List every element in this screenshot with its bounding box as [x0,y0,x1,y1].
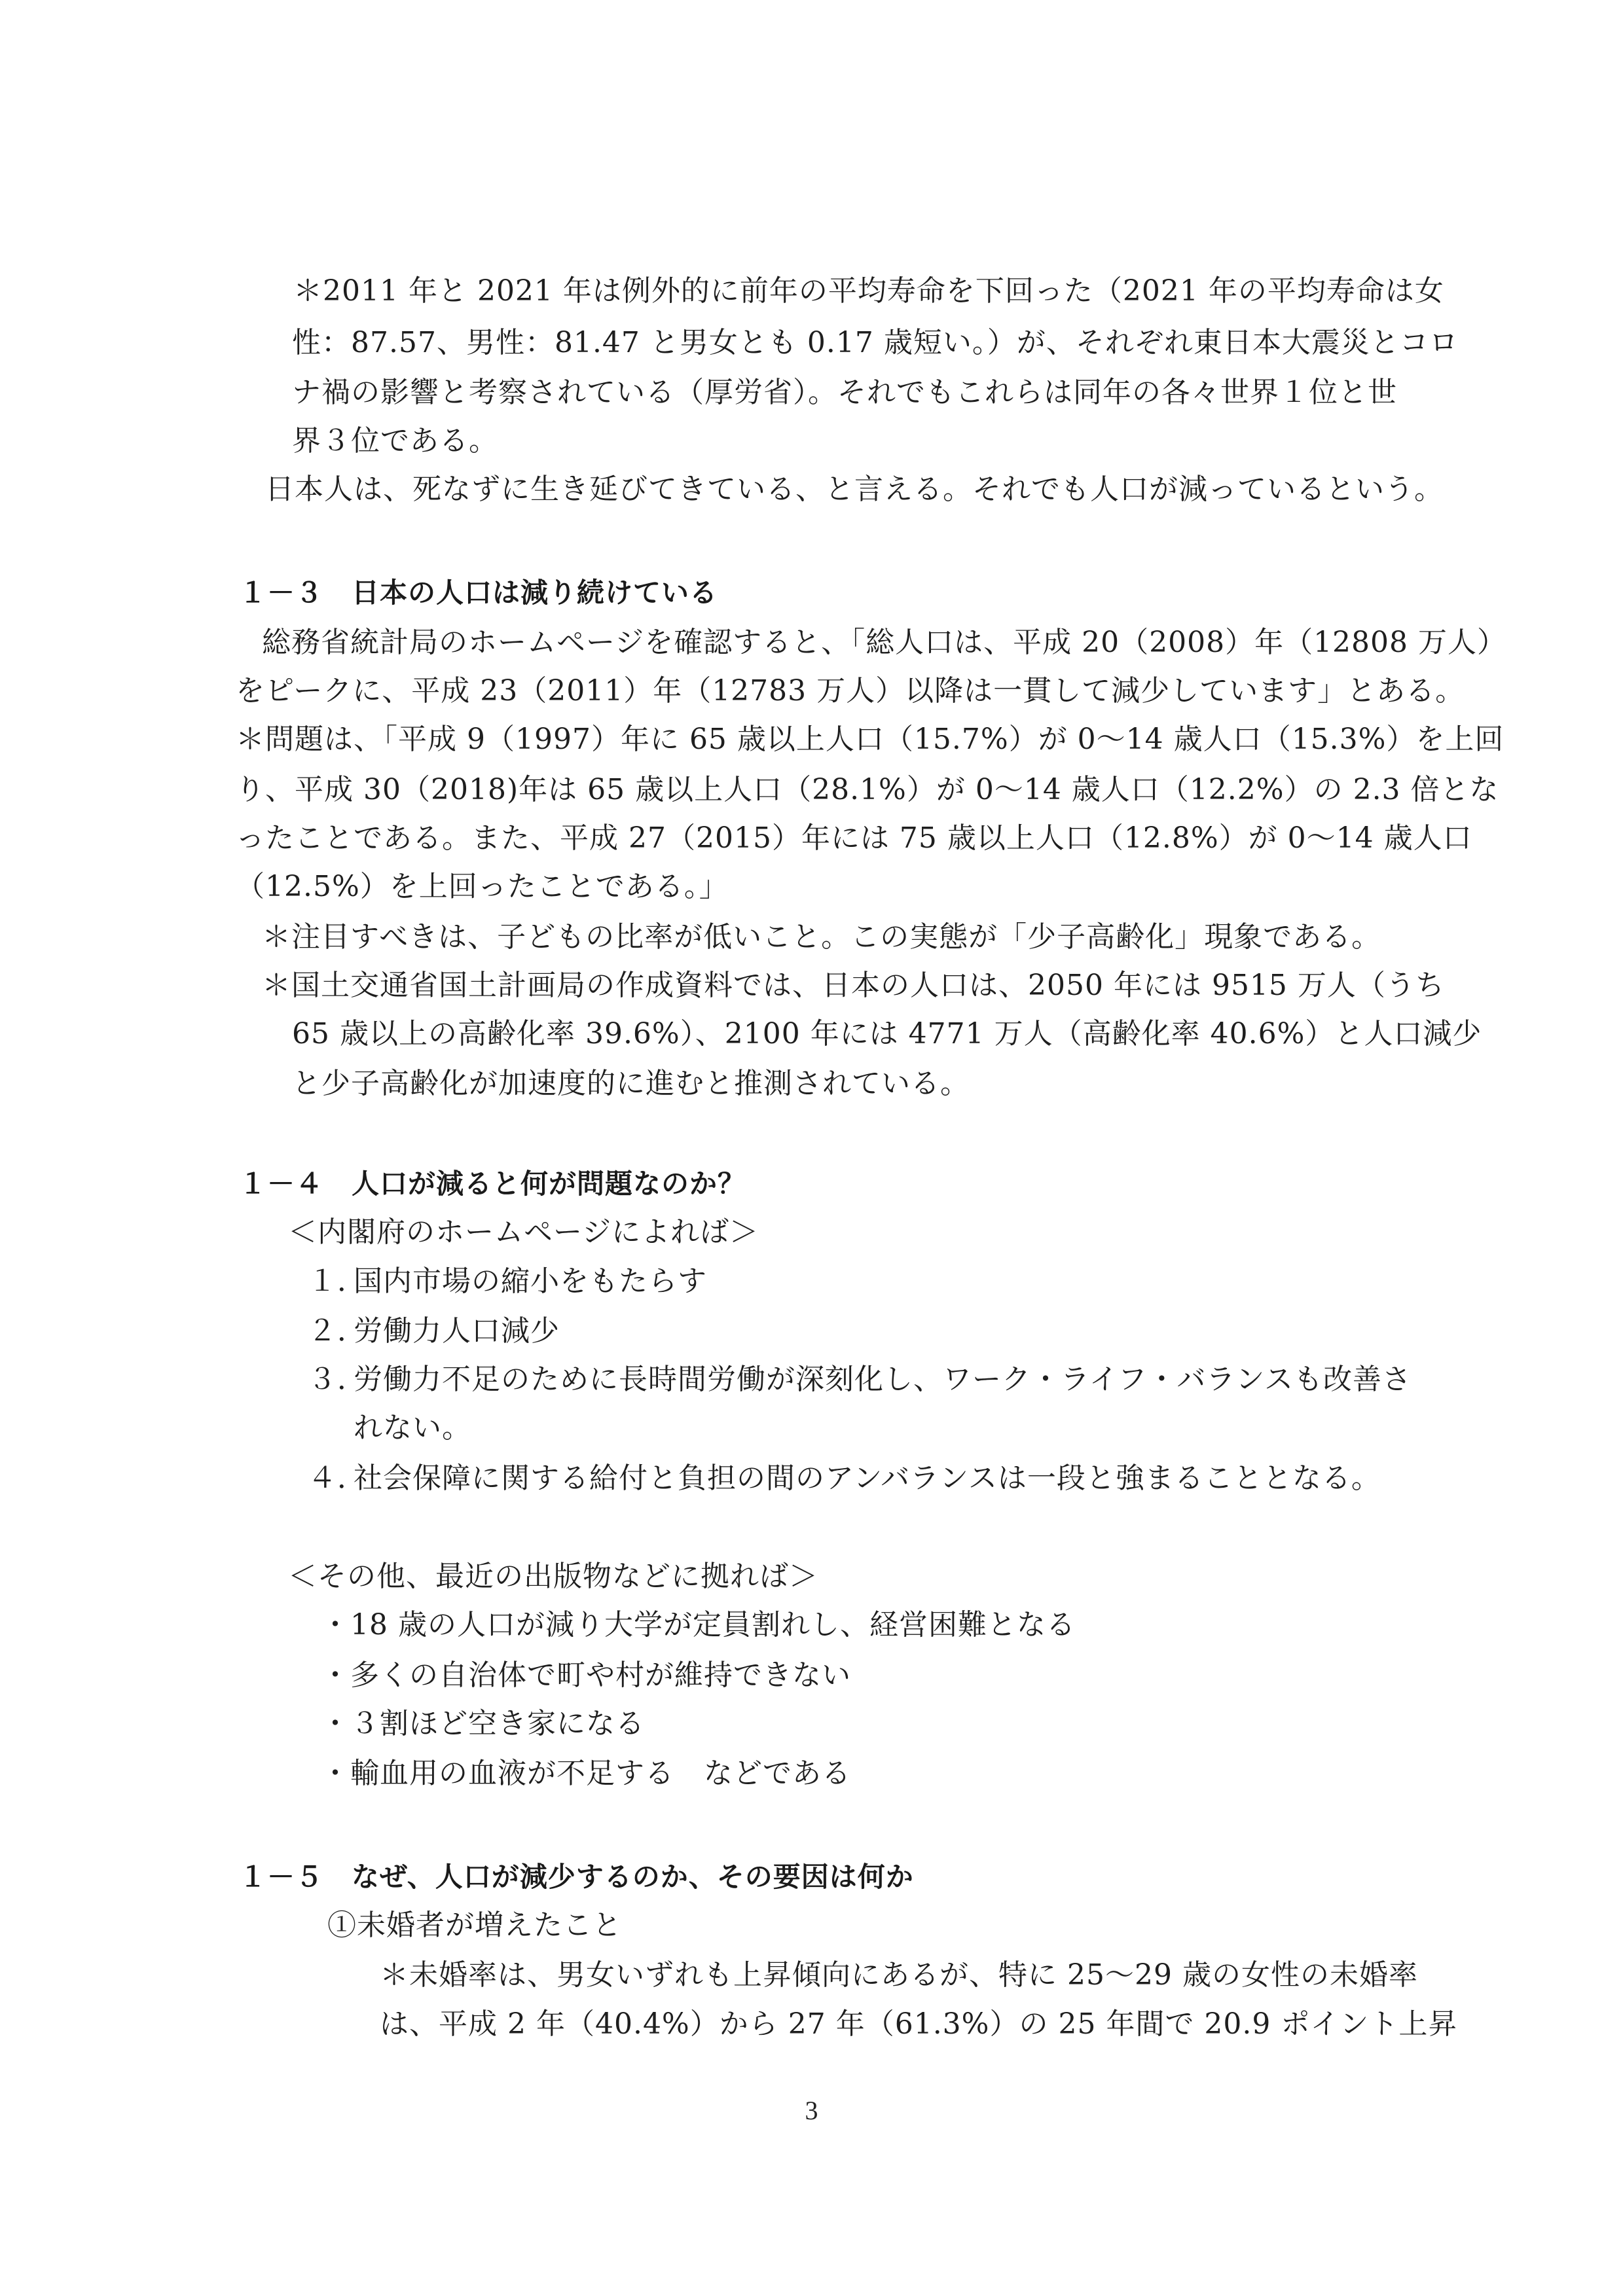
factor-1-note-line-1: ＊未婚率は、男女いずれも上昇傾向にあるが、特に 25～29 歳の女性の未婚率 [380,1957,1418,1994]
section-1-3-paragraph-line-1: 総務省統計局のホームページを確認すると、「総人口は、平成 20（2008）年（1… [262,624,1506,661]
bullet-item-1: ・18 歳の人口が減り大学が定員割れし、経営困難となる [321,1607,1076,1643]
section-heading-1-4: １－４ 人口が減ると何が問題なのか？ [239,1166,746,1202]
section-1-3-paragraph-line-5: ったことである。また、平成 27（2015）年には 75 歳以上人口（12.8%… [236,820,1472,857]
numbered-item-1-text: 国内市場の縮小をもたらす [354,1263,707,1300]
factor-1-note-line-2: は、平成 2 年（40.4%）から 27 年（61.3%）の 25 年間で 20… [380,2006,1457,2043]
bullet-item-3: ・３割ほど空き家になる [321,1706,645,1742]
intro-summary: 日本人は、死なずに生き延びてきている、と言える。それでも人口が減っているという。 [265,471,1444,508]
section-1-3-paragraph-line-2: をピークに、平成 23（2011）年（12783 万人）以降は一貫して減少してい… [236,673,1465,709]
section-1-3-note-2-line-1: ＊国土交通省国土計画局の作成資料では、日本の人口は、2050 年には 9515 … [262,967,1445,1004]
intro-note-line-1: ＊2011 年と 2021 年は例外的に前年の平均寿命を下回った（2021 年の… [293,273,1444,310]
numbered-item-3-text-line-1: 労働力不足のために長時間労働が深刻化し、ワーク・ライフ・バランスも改善さ [354,1361,1412,1398]
section-1-3-paragraph-line-6: （12.5%）を上回ったことである。」 [236,869,729,905]
numbered-item-4-text: 社会保障に関する給付と負担の間のアンバランスは一段と強まることとなる。 [354,1460,1381,1497]
intro-note-line-2: 性：87.57、男性：81.47 と男女とも 0.17 歳短い。）が、それぞれ東… [292,325,1459,361]
intro-note-line-4: 界３位である。 [292,423,498,459]
source-label-cabinet-office: ＜内閣府のホームページによれば＞ [288,1214,759,1251]
section-1-3-note-2-line-3: と少子高齢化が加速度的に進むと推測されている。 [292,1066,970,1102]
bullet-item-2: ・多くの自治体で町や村が維持できない [321,1657,851,1694]
source-label-publications: ＜その他、最近の出版物などに拠れば＞ [288,1558,818,1595]
section-1-3-paragraph-line-4: り、平成 30（2018)年は 65 歳以上人口（28.1%）が 0～14 歳人… [236,772,1499,808]
numbered-item-3-text-line-2: れない。 [354,1410,471,1446]
section-1-3-note-2-line-2: 65 歳以上の高齢化率 39.6%）、2100 年には 4771 万人（高齢化率… [292,1016,1482,1052]
section-heading-1-5: １－５ なぜ、人口が減少するのか、その要因は何か [239,1859,914,1895]
section-heading-1-3: １－３ 日本の人口は減り続けている [239,575,718,611]
bullet-item-4: ・輸血用の血液が不足する などである [321,1755,851,1792]
document-page: ＊2011 年と 2021 年は例外的に前年の平均寿命を下回った（2021 年の… [0,0,1623,2296]
factor-1-label: ①未婚者が増えたこと [327,1907,622,1944]
page-number: 3 [0,2094,1623,2127]
section-1-3-note-1: ＊注目すべきは、子どもの比率が低いこと。この実態が「少子高齢化」現象である。 [262,919,1381,956]
section-1-3-paragraph-line-3: ＊問題は、「平成 9（1997）年に 65 歳以上人口（15.7%）が 0～14… [236,721,1504,758]
intro-note-line-3: ナ禍の影響と考察されている（厚労省）。それでもこれらは同年の各々世界１位と世 [292,374,1397,411]
numbered-item-2-text: 労働力人口減少 [354,1313,560,1350]
